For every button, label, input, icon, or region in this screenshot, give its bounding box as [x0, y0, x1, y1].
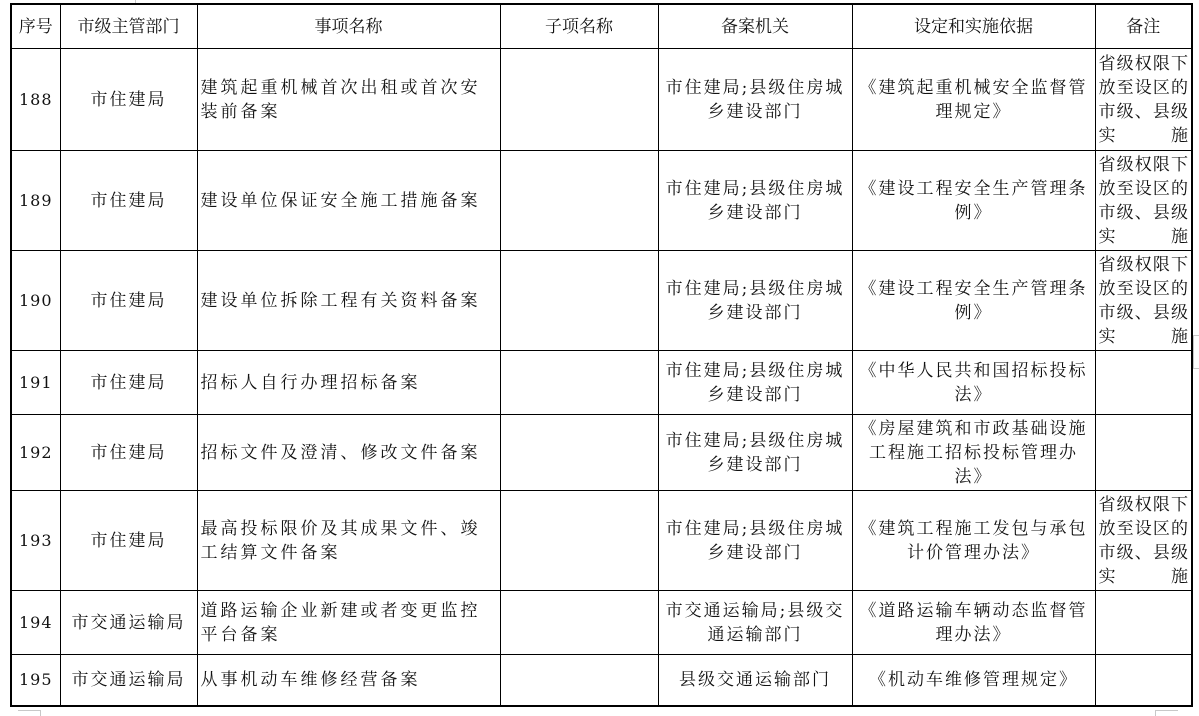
cell-department: 市住建局	[60, 415, 197, 491]
cell-remarks	[1095, 591, 1192, 655]
cell-serial-no: 195	[11, 655, 60, 706]
cell-filing-authority: 市住建局;县级住房城乡建设部门	[658, 251, 852, 351]
page-edge-mark	[1193, 335, 1199, 369]
table-row: 191 市住建局 招标人自行办理招标备案 市住建局;县级住房城乡建设部门 《中华…	[11, 351, 1192, 415]
cell-item-name: 建设单位拆除工程有关资料备案	[197, 251, 500, 351]
cell-item-name: 最高投标限价及其成果文件、竣工结算文件备案	[197, 491, 500, 591]
table-row: 190 市住建局 建设单位拆除工程有关资料备案 市住建局;县级住房城乡建设部门 …	[11, 251, 1192, 351]
cell-item-name: 建筑起重机械首次出租或首次安装前备案	[197, 49, 500, 151]
cell-legal-basis: 《建设工程安全生产管理条例》	[852, 251, 1095, 351]
header-filing-authority: 备案机关	[658, 4, 852, 49]
cell-filing-authority: 市住建局;县级住房城乡建设部门	[658, 151, 852, 251]
cell-department: 市住建局	[60, 151, 197, 251]
table-row: 195 市交通运输局 从事机动车维修经营备案 县级交通运输部门 《机动车维修管理…	[11, 655, 1192, 706]
cell-serial-no: 188	[11, 49, 60, 151]
header-serial-no: 序号	[11, 4, 60, 49]
cell-filing-authority: 市住建局;县级住房城乡建设部门	[658, 49, 852, 151]
cell-remarks	[1095, 655, 1192, 706]
filing-items-table: 序号 市级主管部门 事项名称 子项名称 备案机关 设定和实施依据 备注 188 …	[10, 3, 1193, 707]
cell-department: 市交通运输局	[60, 655, 197, 706]
header-remarks: 备注	[1095, 4, 1192, 49]
cell-legal-basis: 《建设工程安全生产管理条例》	[852, 151, 1095, 251]
cell-department: 市住建局	[60, 49, 197, 151]
cell-legal-basis: 《机动车维修管理规定》	[852, 655, 1095, 706]
cell-remarks: 省级权限下放至设区的市级、县级实施	[1095, 151, 1192, 251]
cell-department: 市交通运输局	[60, 591, 197, 655]
cell-serial-no: 194	[11, 591, 60, 655]
cell-serial-no: 192	[11, 415, 60, 491]
cell-serial-no: 189	[11, 151, 60, 251]
cell-department: 市住建局	[60, 491, 197, 591]
page-corner-mark	[1155, 710, 1178, 716]
cell-remarks: 省级权限下放至设区的市级、县级实施	[1095, 251, 1192, 351]
cell-sub-item-name	[500, 49, 658, 151]
cell-sub-item-name	[500, 415, 658, 491]
cell-sub-item-name	[500, 351, 658, 415]
cell-sub-item-name	[500, 655, 658, 706]
cell-item-name: 招标文件及澄清、修改文件备案	[197, 415, 500, 491]
header-sub-item-name: 子项名称	[500, 4, 658, 49]
cell-department: 市住建局	[60, 351, 197, 415]
cell-filing-authority: 市住建局;县级住房城乡建设部门	[658, 415, 852, 491]
cell-remarks: 省级权限下放至设区的市级、县级实施	[1095, 491, 1192, 591]
cell-filing-authority: 市住建局;县级住房城乡建设部门	[658, 491, 852, 591]
cell-sub-item-name	[500, 491, 658, 591]
cell-item-name: 招标人自行办理招标备案	[197, 351, 500, 415]
cell-serial-no: 191	[11, 351, 60, 415]
cell-remarks	[1095, 351, 1192, 415]
cell-legal-basis: 《道路运输车辆动态监督管理办法》	[852, 591, 1095, 655]
table-row: 192 市住建局 招标文件及澄清、修改文件备案 市住建局;县级住房城乡建设部门 …	[11, 415, 1192, 491]
cell-remarks: 省级权限下放至设区的市级、县级实施	[1095, 49, 1192, 151]
cell-sub-item-name	[500, 591, 658, 655]
cell-department: 市住建局	[60, 251, 197, 351]
header-legal-basis: 设定和实施依据	[852, 4, 1095, 49]
cell-serial-no: 190	[11, 251, 60, 351]
cell-item-name: 从事机动车维修经营备案	[197, 655, 500, 706]
cell-item-name: 建设单位保证安全施工措施备案	[197, 151, 500, 251]
table-row: 188 市住建局 建筑起重机械首次出租或首次安装前备案 市住建局;县级住房城乡建…	[11, 49, 1192, 151]
cell-legal-basis: 《建筑起重机械安全监督管理规定》	[852, 49, 1095, 151]
page-corner-mark	[18, 710, 41, 716]
cell-item-name: 道路运输企业新建或者变更监控平台备案	[197, 591, 500, 655]
table-row: 194 市交通运输局 道路运输企业新建或者变更监控平台备案 市交通运输局;县级交…	[11, 591, 1192, 655]
cell-serial-no: 193	[11, 491, 60, 591]
table-row: 193 市住建局 最高投标限价及其成果文件、竣工结算文件备案 市住建局;县级住房…	[11, 491, 1192, 591]
cell-legal-basis: 《中华人民共和国招标投标法》	[852, 351, 1095, 415]
cell-filing-authority: 县级交通运输部门	[658, 655, 852, 706]
table-header-row: 序号 市级主管部门 事项名称 子项名称 备案机关 设定和实施依据 备注	[11, 4, 1192, 49]
cell-remarks	[1095, 415, 1192, 491]
cell-legal-basis: 《房屋建筑和市政基础设施工程施工招标投标管理办法》	[852, 415, 1095, 491]
header-item-name: 事项名称	[197, 4, 500, 49]
cell-sub-item-name	[500, 251, 658, 351]
cell-sub-item-name	[500, 151, 658, 251]
cell-filing-authority: 市交通运输局;县级交通运输部门	[658, 591, 852, 655]
table-row: 189 市住建局 建设单位保证安全施工措施备案 市住建局;县级住房城乡建设部门 …	[11, 151, 1192, 251]
cell-legal-basis: 《建筑工程施工发包与承包计价管理办法》	[852, 491, 1095, 591]
header-department: 市级主管部门	[60, 4, 197, 49]
cell-filing-authority: 市住建局;县级住房城乡建设部门	[658, 351, 852, 415]
